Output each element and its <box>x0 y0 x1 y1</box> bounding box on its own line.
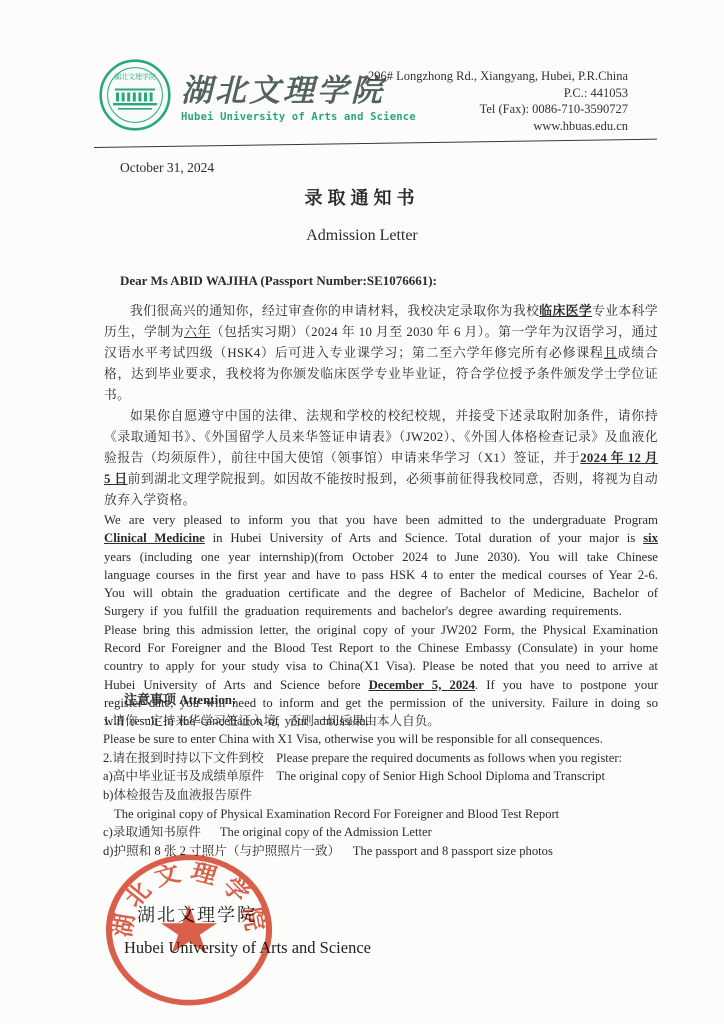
postal-code-line: P.C.: 441053 <box>368 85 628 102</box>
letter-body: 我们很高兴的通知你，经过审查你的申请材料，我校决定录取你为我校临床医学专业本科学… <box>104 301 658 731</box>
letterhead-divider <box>94 139 657 148</box>
official-red-seal: 湖北文理学院 <box>102 851 276 1009</box>
letter-title-en: Admission Letter <box>0 227 724 245</box>
emblem-ring-text: 湖北文理学院 <box>114 72 156 81</box>
attention-section: 注意事项 Attention: 1.请你一定持来华学习签证入境，否则一切后果由本… <box>103 691 659 860</box>
admission-letter-page: 湖北文理学院 湖北文理学院 Hubei University of Arts a… <box>0 0 724 1024</box>
paragraph-cn-1: 我们很高兴的通知你，经过审查你的申请材料，我校决定录取你为我校临床医学专业本科学… <box>104 301 658 406</box>
paragraph-cn-2: 如果你自愿遵守中国的法律、法规和学校的校纪校规，并接受下述录取附加条件，请你持《… <box>104 406 658 511</box>
attention-item-b-cn: b)体检报告及血液报告原件 <box>103 786 659 805</box>
attention-item-c: c)录取通知书原件 The original copy of the Admis… <box>103 823 659 842</box>
attention-heading: 注意事项 Attention: <box>124 691 659 710</box>
attention-item-1-en: Please be sure to enter China with X1 Vi… <box>103 730 659 749</box>
attention-item-b-en: The original copy of Physical Examinatio… <box>103 805 659 824</box>
attention-item-a: a)高中毕业证书及成绩单原件 The original copy of Seni… <box>103 767 659 786</box>
signature-university-en: Hubei University of Arts and Science <box>124 938 371 958</box>
paragraph-en-1: We are very pleased to inform you that y… <box>104 511 658 621</box>
letter-title-cn: 录取通知书 <box>0 184 724 210</box>
attention-item-2: 2.请在报到时持以下文件到校 Please prepare the requir… <box>103 749 659 768</box>
website-line: www.hbuas.edu.cn <box>368 118 628 135</box>
salutation: Dear Ms ABID WAJIHA (Passport Number:SE1… <box>120 273 437 289</box>
address-line: 296# Longzhong Rd., Xiangyang, Hubei, P.… <box>368 68 628 85</box>
attention-item-d: d)护照和 8 张 2 寸照片（与护照照片一致） The passport an… <box>103 842 659 861</box>
signature-university-cn: 湖北文理学院 <box>137 901 257 927</box>
phone-line: Tel (Fax): 0086-710-3590727 <box>368 101 628 118</box>
university-emblem-icon: 湖北文理学院 <box>98 58 172 132</box>
contact-block: 296# Longzhong Rd., Xiangyang, Hubei, P.… <box>368 68 628 134</box>
letter-date: October 31, 2024 <box>120 160 214 176</box>
attention-item-1-cn: 1.请你一定持来华学习签证入境，否则一切后果由本人自负。 <box>103 712 659 731</box>
